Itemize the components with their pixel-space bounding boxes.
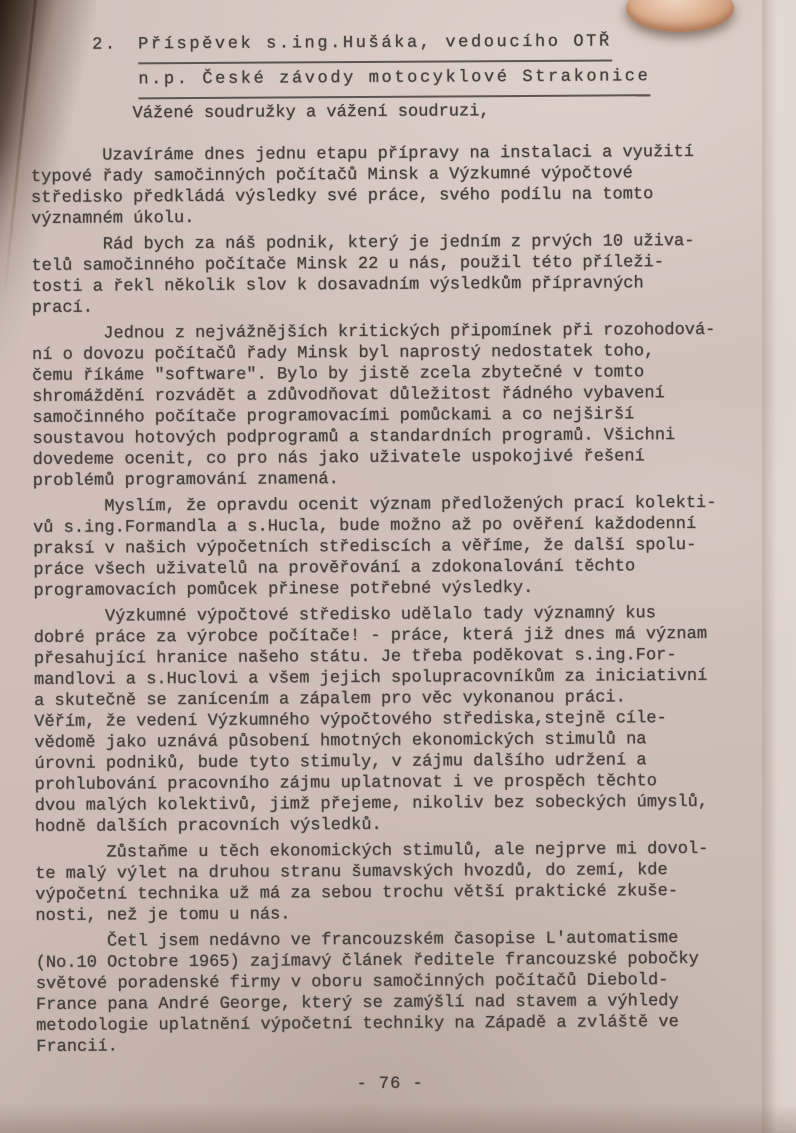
paragraph-2: Rád bych za náš podnik, který je jedním … xyxy=(31,230,771,319)
section-heading: 2. Příspěvek s.ing.Hušáka, vedoucího OTŘ… xyxy=(30,25,770,100)
section-number: 2. xyxy=(92,29,138,99)
page-content: 2. Příspěvek s.ing.Hušáka, vedoucího OTŘ… xyxy=(30,25,777,1097)
page-number: - 76 - xyxy=(356,1071,776,1095)
heading-line-2: n.p. České závody motocyklové Strakonice xyxy=(138,61,650,99)
page-bottom-edge xyxy=(0,1103,796,1133)
paragraph-1: Uzavíráme dnes jednu etapu přípravy na i… xyxy=(31,141,771,230)
paragraph-4: Myslím, že opravdu ocenit význam předlož… xyxy=(33,492,774,602)
paragraph-3: Jednou z nejvážnějších kritických připom… xyxy=(32,319,773,492)
heading-line-1: Příspěvek s.ing.Hušáka, vedoucího OTŘ xyxy=(138,26,612,64)
paragraph-6: Zůstaňme u těch ekonomických stimulů, al… xyxy=(35,838,775,927)
paragraph-5: Výzkumné výpočtové středisko udělalo tad… xyxy=(34,602,775,838)
salutation: Vážené soudružky a vážení soudruzi, xyxy=(30,99,770,125)
scanned-document-page: 2. Příspěvek s.ing.Hušáka, vedoucího OTŘ… xyxy=(0,0,796,1133)
paragraph-7: Četl jsem nedávno ve francouzském časopi… xyxy=(36,927,777,1058)
section-heading-lines: Příspěvek s.ing.Hušáka, vedoucího OTŘ n.… xyxy=(138,26,650,99)
